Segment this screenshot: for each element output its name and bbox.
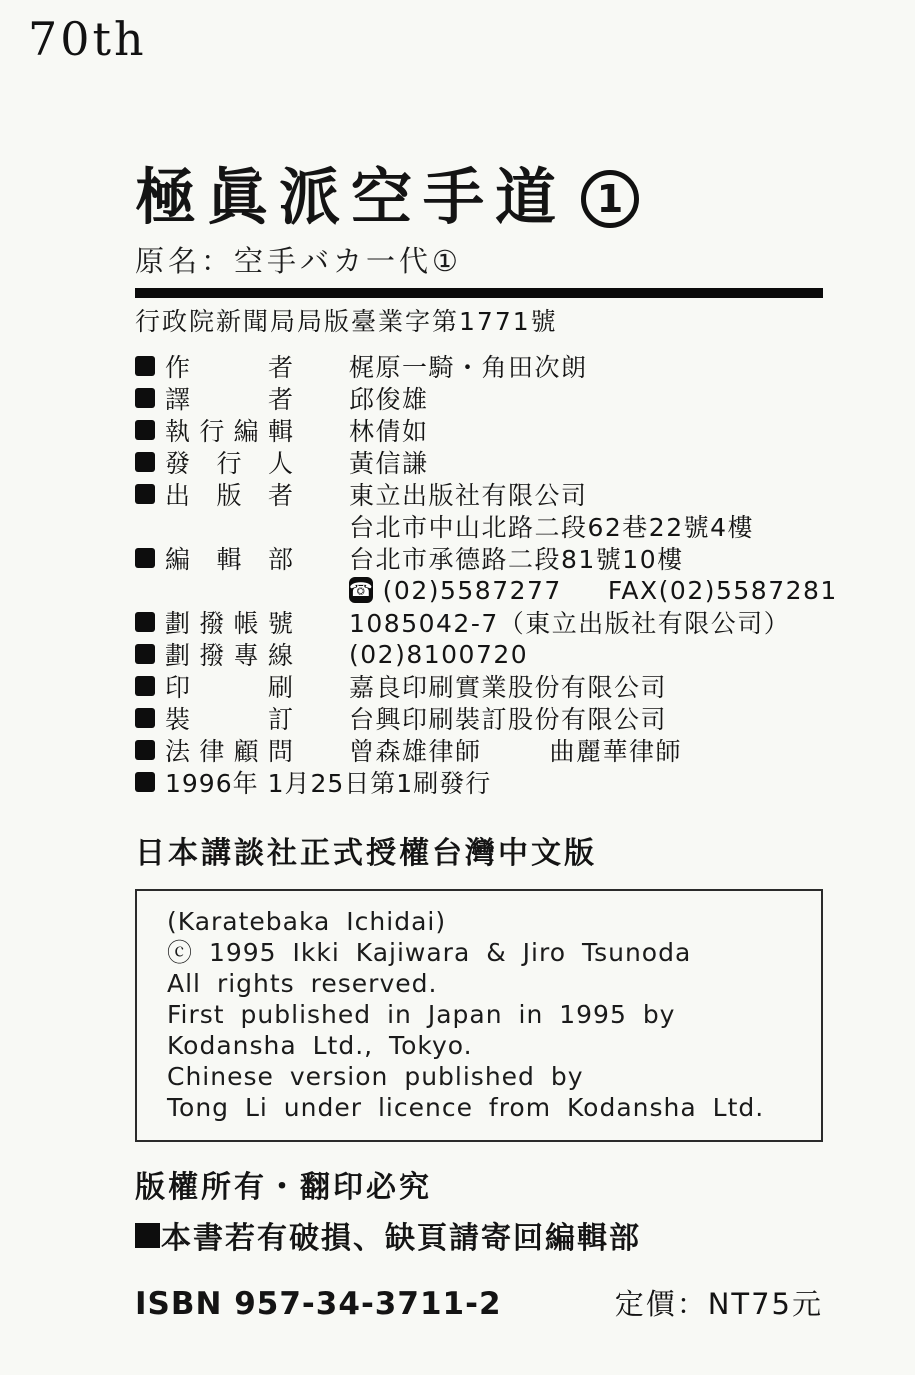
phone-number: (02)5587277 [383, 576, 562, 605]
copyright-line: Chinese version published by [167, 1061, 811, 1092]
isbn-price-row: ISBN 957-34-3711-2 定價：NT75元 [135, 1282, 823, 1323]
row-value: 1085042-7（東立出版社有限公司） [349, 604, 790, 640]
isbn: ISBN 957-34-3711-2 [135, 1286, 502, 1322]
government-license-number: 行政院新聞局局版臺業字第1771號 [135, 302, 823, 341]
colophon-row-translator: 譯者 邱俊雄 [135, 382, 823, 414]
colophon-row-postal-account: 劃撥帳號 1085042-7（東立出版社有限公司） [135, 606, 823, 638]
square-bullet-icon [135, 676, 155, 696]
copyright-line: (Karatebaka Ichidai) [167, 906, 811, 937]
square-bullet-icon [135, 484, 155, 504]
row-value: 黃信謙 [349, 444, 429, 480]
colophon-row-printer: 印刷 嘉良印刷實業股份有限公司 [135, 670, 823, 702]
row-value: 邱俊雄 [349, 380, 429, 416]
row-label: 印刷 [165, 668, 293, 704]
row-label: 編輯部 [165, 540, 293, 576]
row-value: 東立出版社有限公司 [349, 476, 588, 512]
fax-number: FAX(02)5587281 [608, 576, 838, 605]
colophon-content: 極眞派空手道 1 原名：空手バカ一代① 行政院新聞局局版臺業字第1771號 作者… [135, 166, 823, 1323]
square-bullet-icon [135, 452, 155, 472]
colophon-row-legal-advisors: 法律顧問 曾森雄律師 曲麗華律師 [135, 734, 823, 766]
price: 定價：NT75元 [615, 1282, 823, 1323]
colophon-rows: 作者 梶原一騎・角田次朗 譯者 邱俊雄 執行編輯 林倩如 發行人 黃信謙 出版者 [135, 350, 823, 798]
damage-notice-row: 本書若有破損、缺頁請寄回編輯部 [135, 1213, 823, 1257]
book-title: 極眞派空手道 [135, 166, 567, 230]
row-value: 梶原一騎・角田次朗 [349, 348, 588, 384]
page-corner-label: 70th [28, 12, 147, 66]
square-bullet-icon [135, 772, 155, 792]
colophon-row-print-date: 1996年 1月25日第1刷發行 [135, 766, 823, 798]
copyright-box: (Karatebaka Ichidai) ⓒ 1995 Ikki Kajiwar… [135, 889, 823, 1142]
colophon-row-executive-editor: 執行編輯 林倩如 [135, 414, 823, 446]
lawyer-name-1: 曾森雄律師 [349, 732, 482, 768]
telephone-icon: ☎ [349, 577, 373, 603]
original-title: 原名：空手バカ一代① [135, 239, 823, 280]
colophon-row-binder: 裝訂 台興印刷裝訂股份有限公司 [135, 702, 823, 734]
row-label: 發行人 [165, 444, 293, 480]
row-label: 劃撥專線 [165, 636, 293, 672]
book-title-row: 極眞派空手道 1 [135, 166, 823, 230]
square-bullet-icon [135, 1223, 160, 1248]
colophon-row-publisher-person: 發行人 黃信謙 [135, 446, 823, 478]
square-bullet-icon [135, 708, 155, 728]
row-label: 作者 [165, 348, 293, 384]
square-bullet-icon [135, 548, 155, 568]
copyright-line: All rights reserved. [167, 968, 811, 999]
row-label: 裝訂 [165, 700, 293, 736]
volume-number-badge: 1 [581, 170, 639, 228]
copyright-line: ⓒ 1995 Ikki Kajiwara & Jiro Tsunoda [167, 937, 811, 968]
colophon-row-publishing-house: 出版者 東立出版社有限公司 [135, 478, 823, 510]
rights-notice: 版權所有・翻印必究 [135, 1162, 823, 1206]
first-printing-date: 1996年 1月25日第1刷發行 [165, 764, 491, 800]
row-value: 台北市中山北路二段62巷22號4樓 [349, 508, 754, 544]
lawyer-name-2: 曲麗華律師 [550, 732, 683, 768]
volume-number: 1 [597, 177, 623, 221]
square-bullet-icon [135, 356, 155, 376]
scanned-colophon-page: 70th 極眞派空手道 1 原名：空手バカ一代① 行政院新聞局局版臺業字第177… [0, 0, 915, 1375]
row-label: 出版者 [165, 476, 293, 512]
copyright-line: First published in Japan in 1995 by [167, 999, 811, 1030]
square-bullet-icon [135, 420, 155, 440]
colophon-row-author: 作者 梶原一騎・角田次朗 [135, 350, 823, 382]
row-label: 劃撥帳號 [165, 604, 293, 640]
colophon-row-editorial-dept: 編輯部 台北市承德路二段81號10樓 [135, 542, 823, 574]
colophon-row-postal-hotline: 劃撥專線 (02)8100720 [135, 638, 823, 670]
square-bullet-icon [135, 612, 155, 632]
row-label: 法律顧問 [165, 732, 293, 768]
copyright-line: Kodansha Ltd., Tokyo. [167, 1030, 811, 1061]
copyright-line: Tong Li under licence from Kodansha Ltd. [167, 1092, 811, 1123]
colophon-row-phone-fax: ☎ (02)5587277 FAX(02)5587281 [135, 574, 823, 606]
square-bullet-icon [135, 388, 155, 408]
row-value: 林倩如 [349, 412, 429, 448]
row-label: 執行編輯 [165, 412, 293, 448]
square-bullet-icon [135, 644, 155, 664]
authorization-heading: 日本講談社正式授權台灣中文版 [135, 828, 823, 872]
row-value: (02)8100720 [349, 640, 528, 669]
divider-rule [135, 288, 823, 298]
row-label: 譯者 [165, 380, 293, 416]
damage-notice: 本書若有破損、缺頁請寄回編輯部 [161, 1213, 641, 1257]
colophon-row-publisher-address: 台北市中山北路二段62巷22號4樓 [135, 510, 823, 542]
row-value: 嘉良印刷實業股份有限公司 [349, 668, 667, 704]
row-value: 台北市承德路二段81號10樓 [349, 540, 684, 576]
row-value: 台興印刷裝訂股份有限公司 [349, 700, 667, 736]
square-bullet-icon [135, 740, 155, 760]
